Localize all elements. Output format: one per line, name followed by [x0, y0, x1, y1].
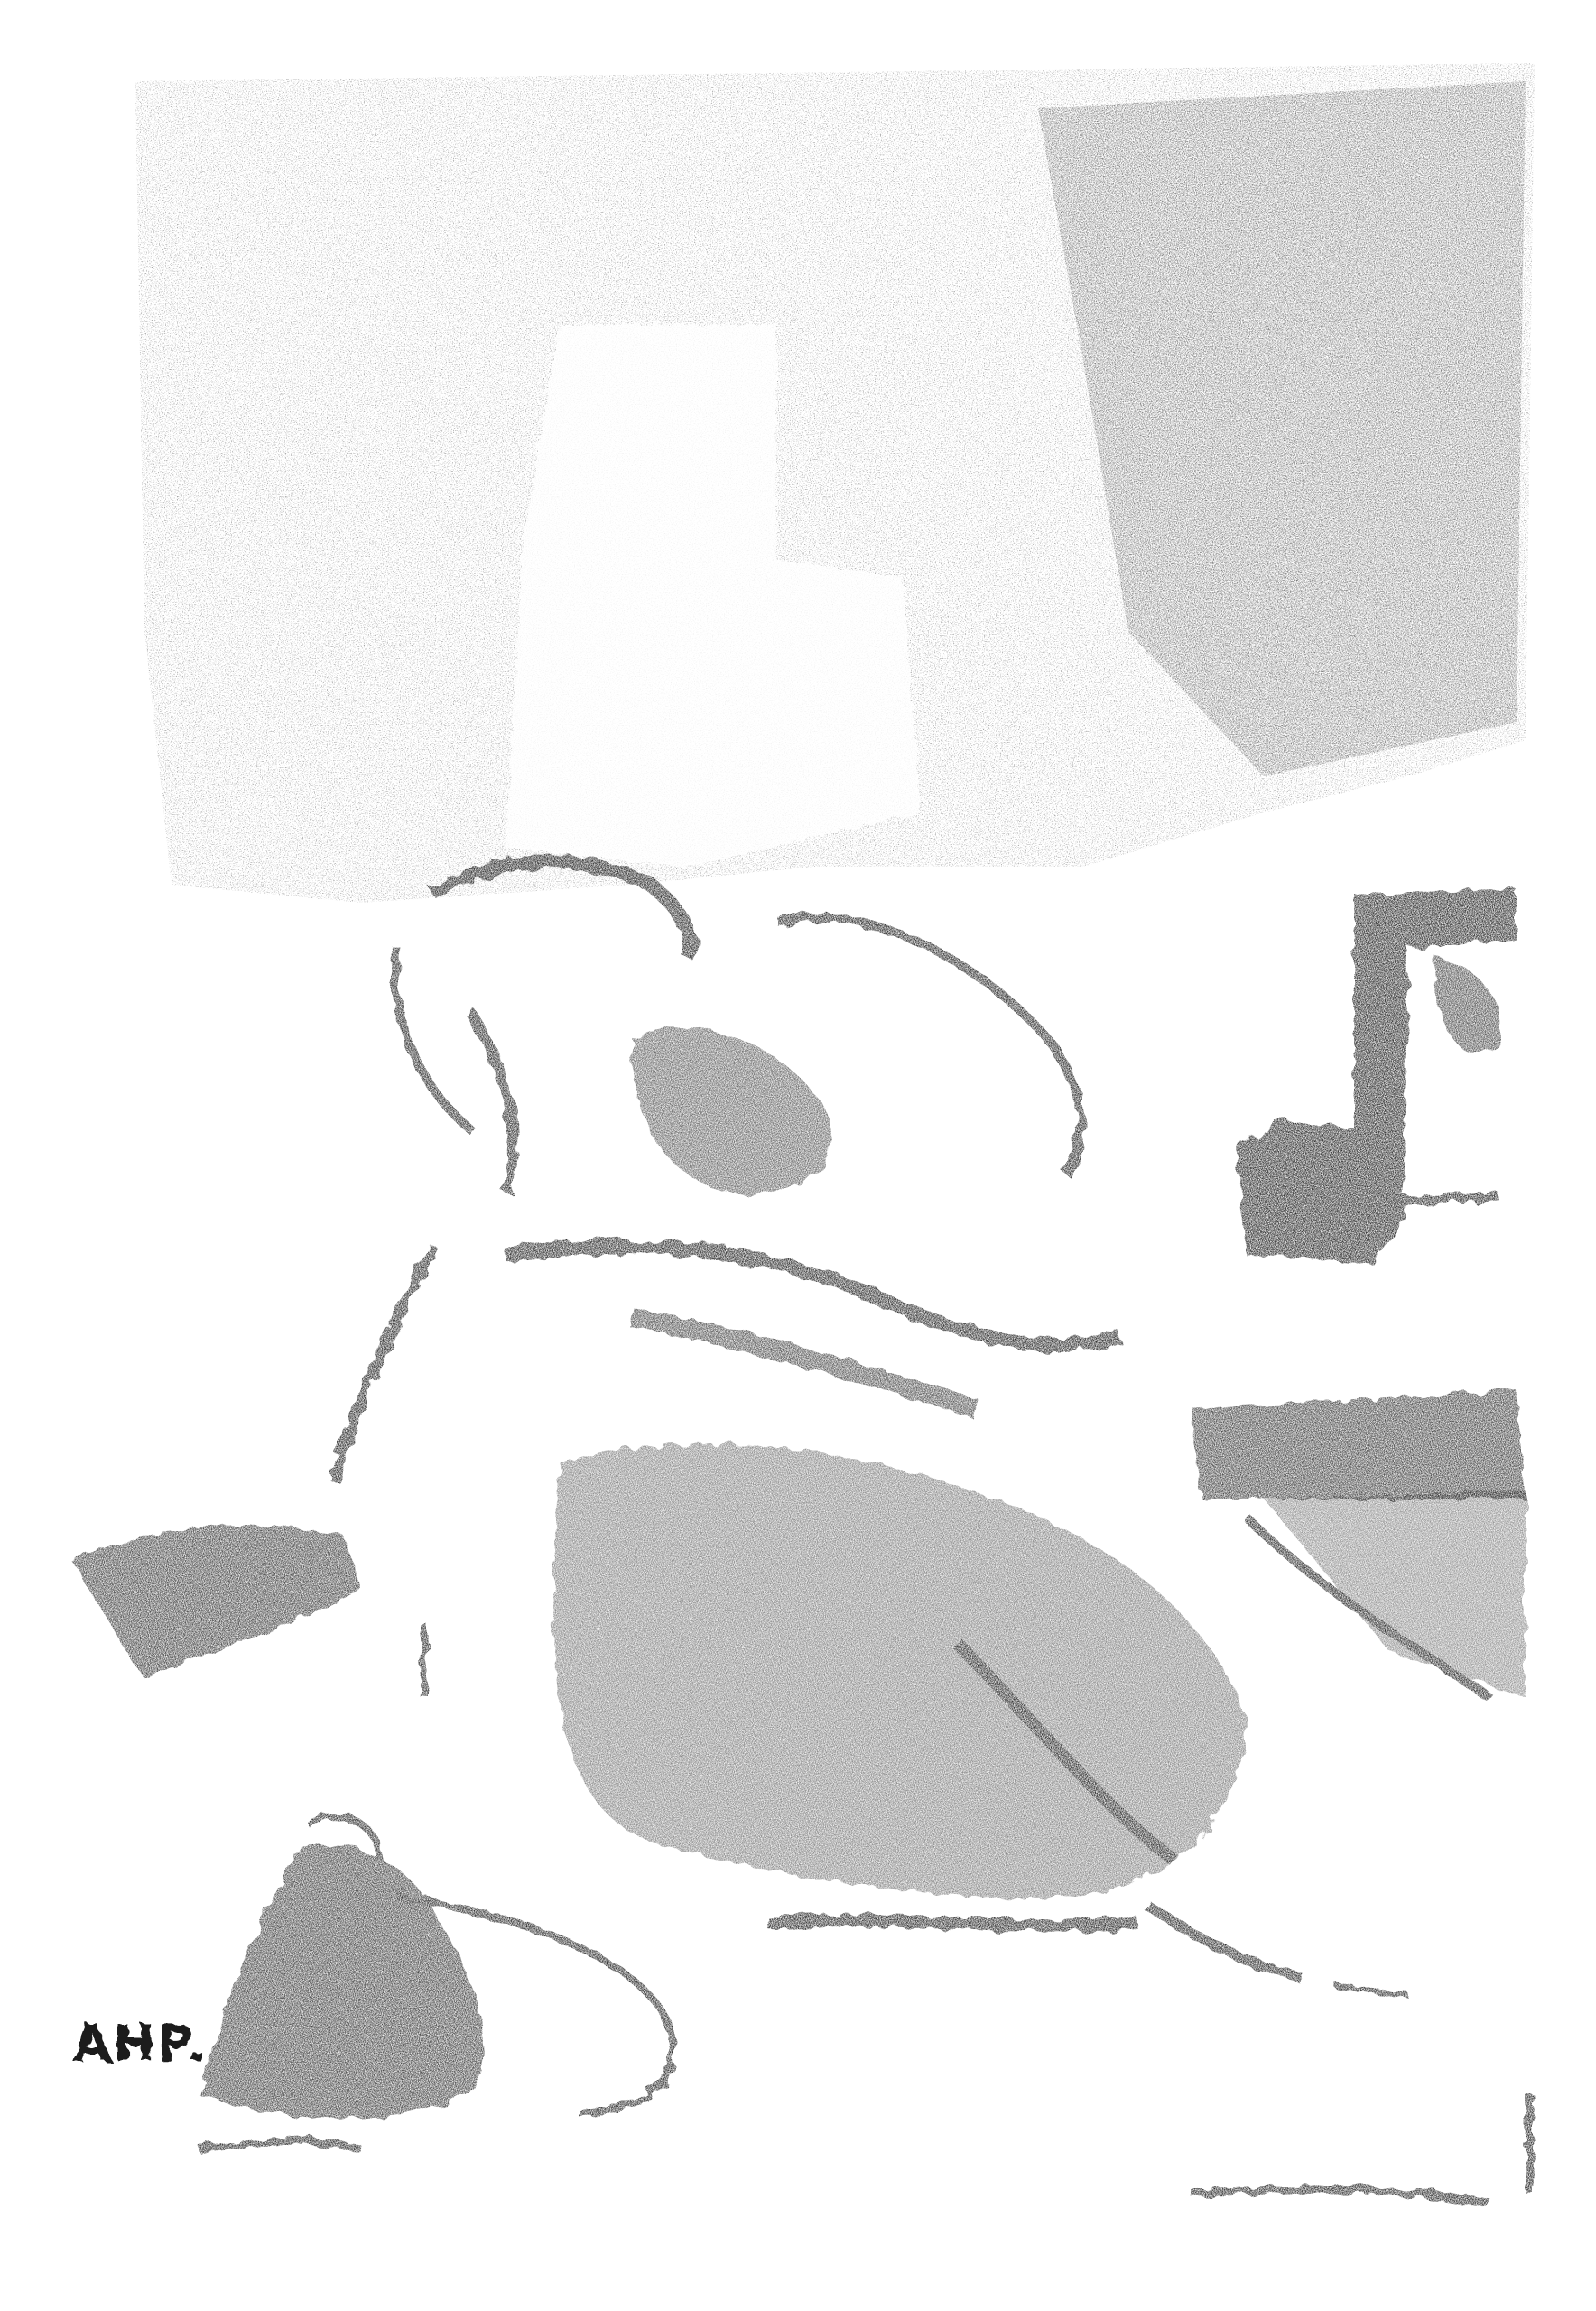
- artist-signature: AHP.: [72, 2015, 208, 2074]
- lithograph-artwork: [0, 0, 1596, 2311]
- furniture: [1192, 889, 1526, 1499]
